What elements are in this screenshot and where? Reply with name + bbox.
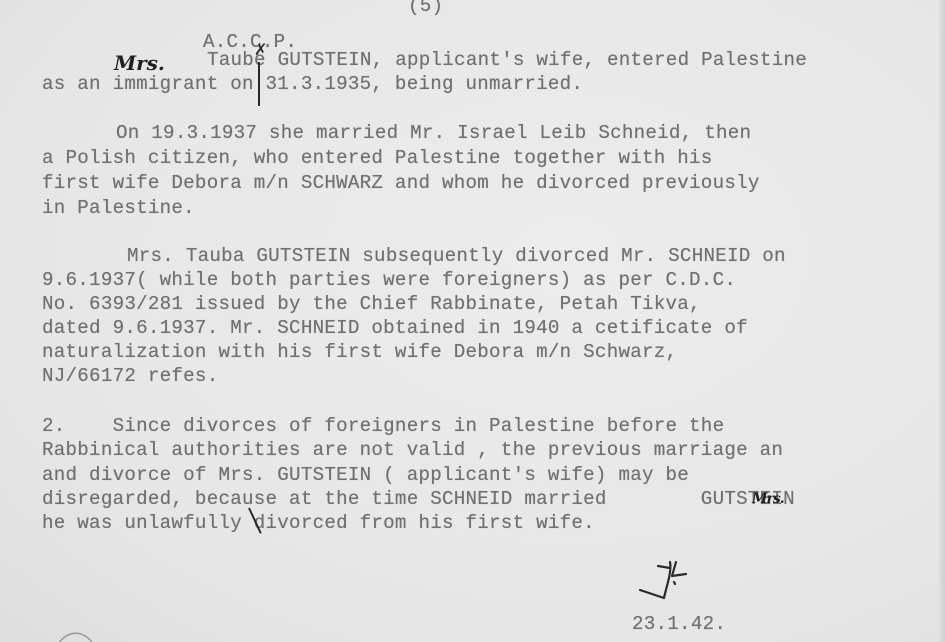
document-page: (5) A.C.C.P. ✗ Mrs. Taube GUTSTEIN, appl… [0,0,945,642]
paragraph-4-line-5: he was unlawfully divorced from his firs… [42,511,595,535]
handwritten-divider-mark [258,62,260,106]
paragraph-4-line-4: disregarded, because at the time SCHNEID… [42,487,795,511]
paragraph-1-line-2: as an immigrant on 31.3.1935, being unma… [42,72,583,96]
paragraph-4-line-3: and divorce of Mrs. GUTSTEIN ( applicant… [42,463,689,487]
paragraph-2-line-3: first wife Debora m/n SCHWARZ and whom h… [42,171,760,195]
page-number: (5) [408,0,443,18]
paragraph-1-line-1: Taube GUTSTEIN, applicant's wife, entere… [207,48,807,72]
paragraph-4-line-2: Rabbinical authorities are not valid , t… [42,438,783,462]
handwritten-title-mrs-2: Mrs. [752,491,784,507]
paragraph-4-line-1: 2. Since divorces of foreigners in Pales… [42,414,724,438]
paragraph-3-line-4: dated 9.6.1937. Mr. SCHNEID obtained in … [42,316,748,340]
signature-icon [636,558,716,602]
paragraph-2-line-1: On 19.3.1937 she married Mr. Israel Leib… [116,121,751,145]
paragraph-3-line-3: No. 6393/281 issued by the Chief Rabbina… [42,292,701,316]
paragraph-3-line-2: 9.6.1937( while both parties were foreig… [42,268,736,292]
document-date: 23.1.42. [632,612,726,636]
paragraph-3-line-5: naturalization with his first wife Debor… [42,340,677,364]
paragraph-3-line-1: Mrs. Tauba GUTSTEIN subsequently divorce… [127,244,786,268]
paragraph-2-line-2: a Polish citizen, who entered Palestine … [42,146,713,170]
paragraph-2-line-4: in Palestine. [42,196,195,220]
paragraph-3-line-6: NJ/66172 refes. [42,364,218,388]
page-edge [939,0,945,642]
stamp-edge-mark [56,628,106,642]
